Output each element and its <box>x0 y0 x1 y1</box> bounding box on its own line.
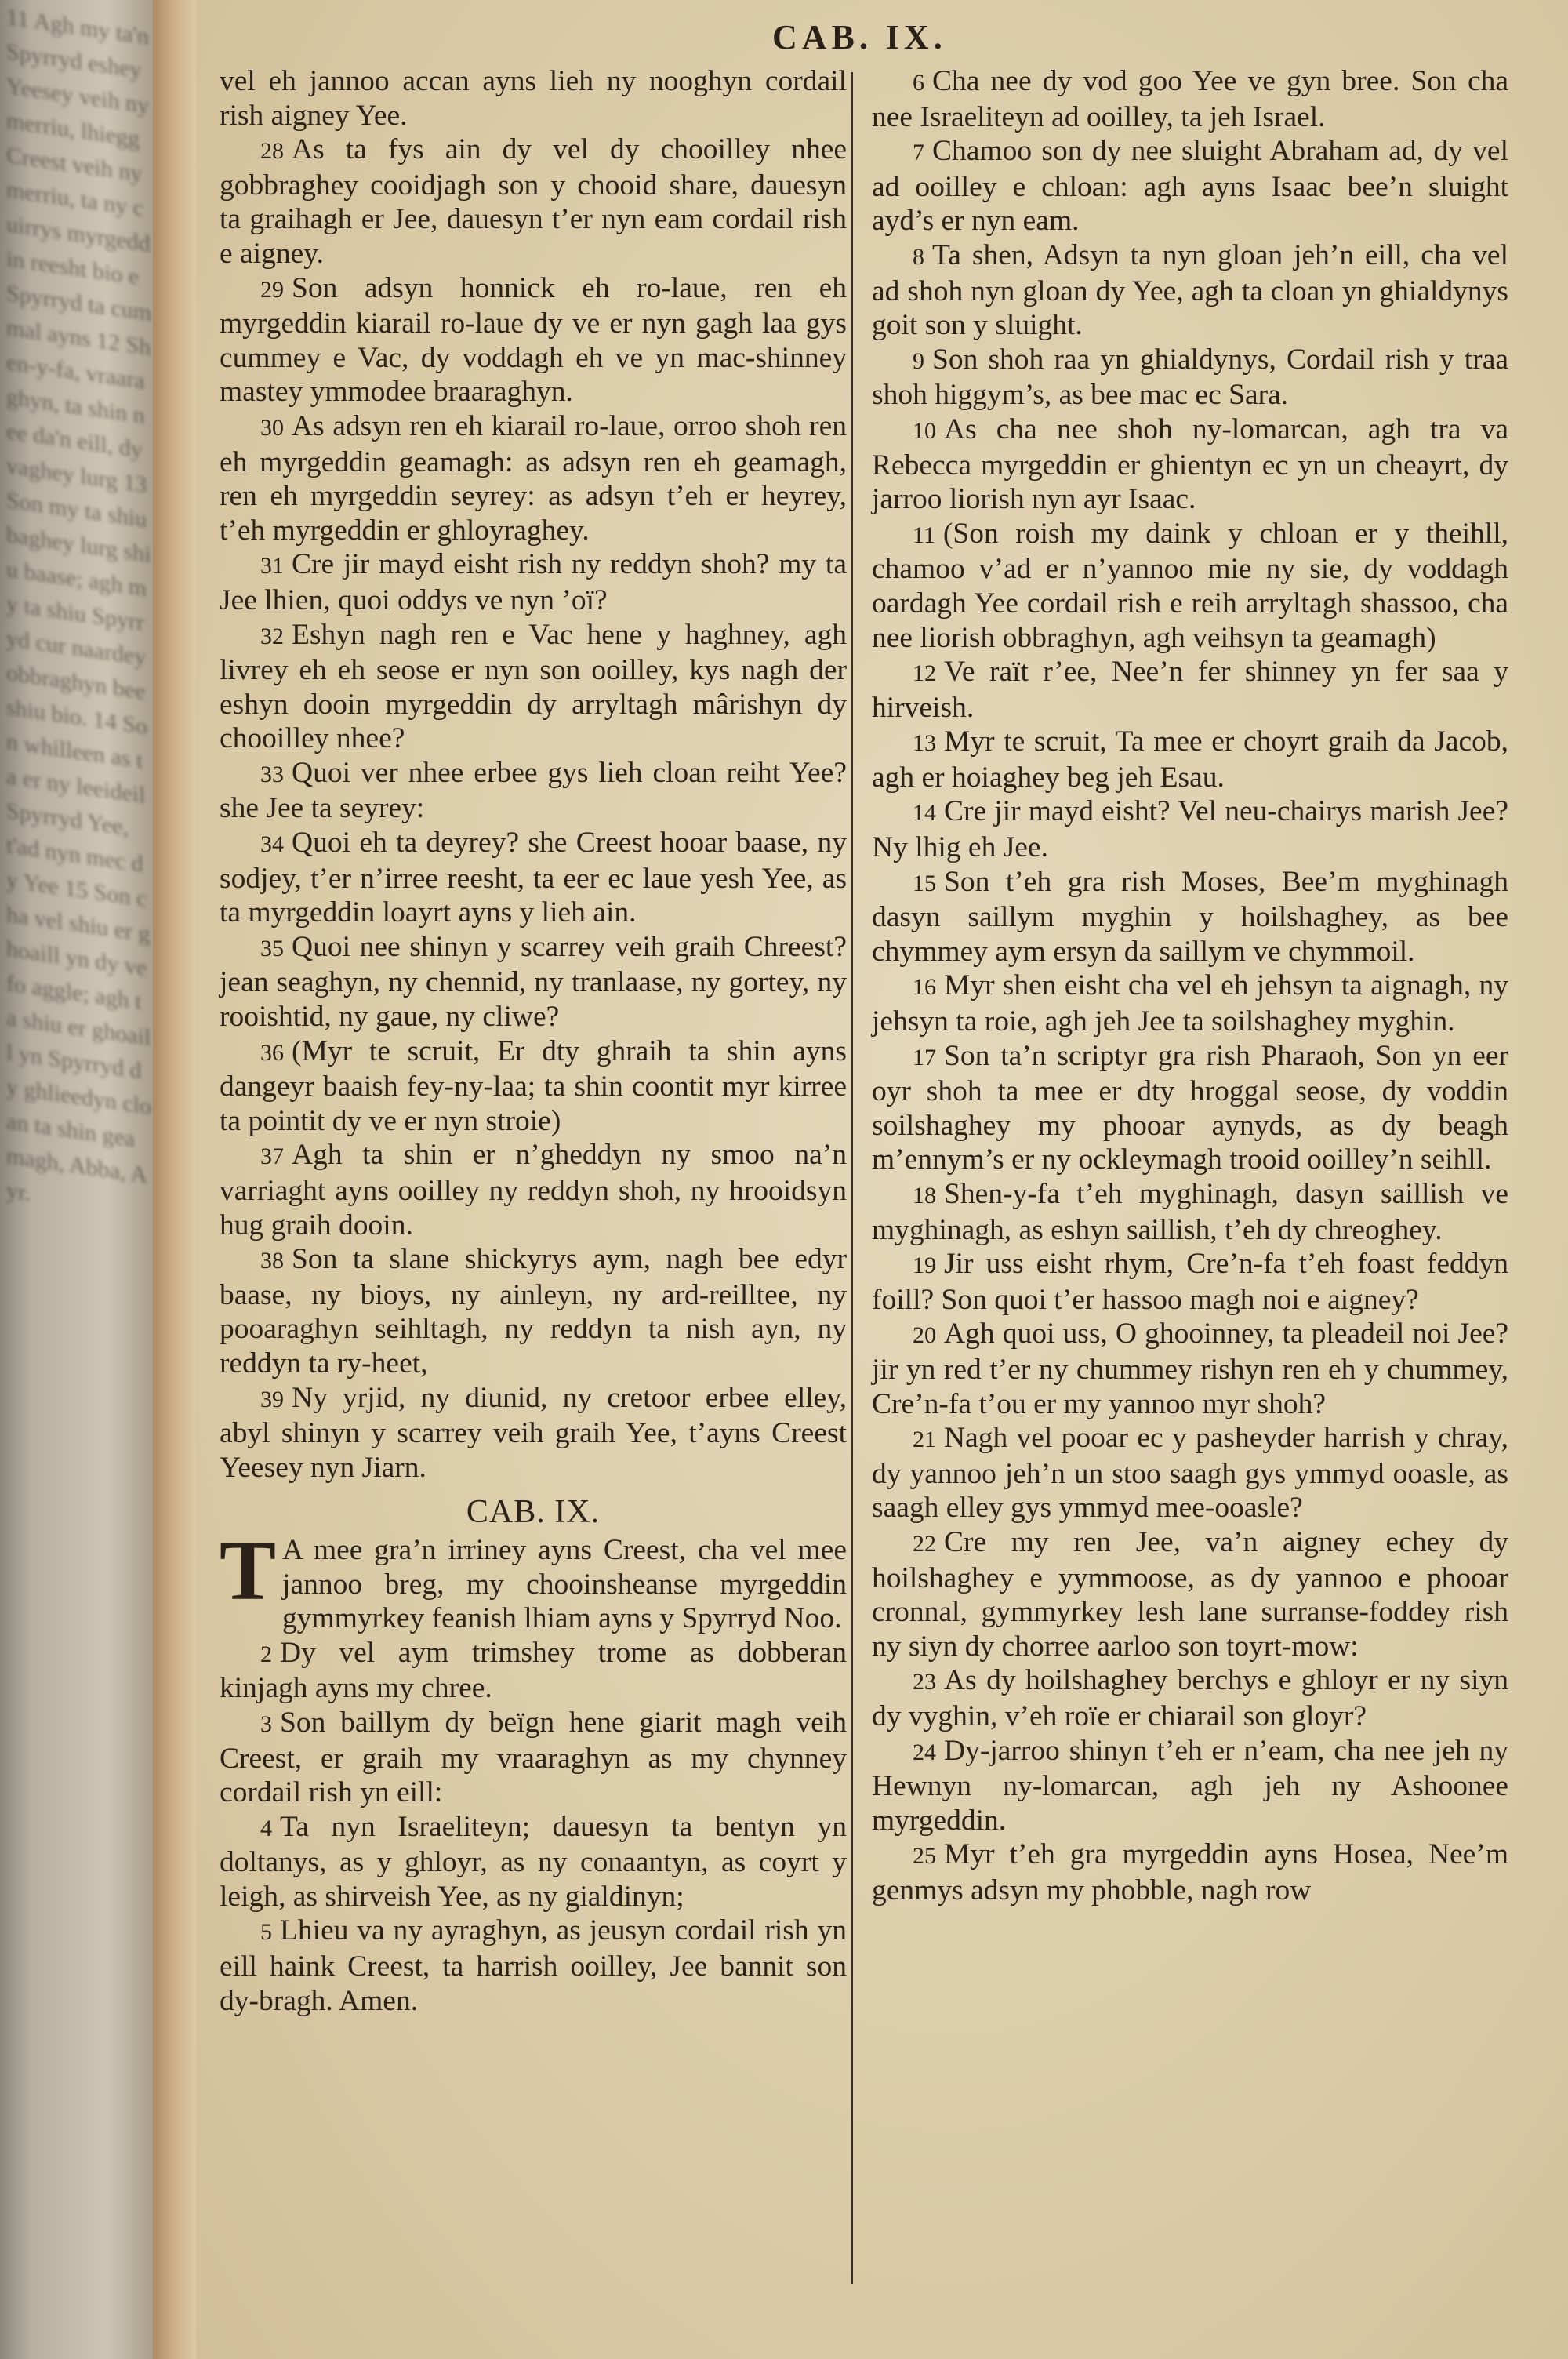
verse-15: 15Son t’eh gra rish Moses, Bee’m myghina… <box>872 865 1508 969</box>
verse-14: 14Cre jir mayd eisht? Vel neu-chairys ma… <box>872 794 1508 864</box>
verse-text: As dy hoilshaghey berchys e ghloyr er ny… <box>872 1664 1508 1732</box>
verse-text: Son adsyn honnick eh ro-laue, ren eh myr… <box>220 272 847 409</box>
verse-number: 29 <box>260 277 284 303</box>
verse-number: 39 <box>260 1387 284 1412</box>
verse-number: 15 <box>913 871 936 896</box>
verse-25: 25Myr t’eh gra myrgeddin ayns Hosea, Nee… <box>872 1837 1508 1907</box>
verse-text: Ve raït r’ee, Nee’n fer shinney yn fer s… <box>872 656 1508 724</box>
verse-text: Agh quoi uss, O ghooinney, ta pleadeil n… <box>872 1318 1508 1419</box>
verse-number: 35 <box>260 936 284 961</box>
verse-number: 18 <box>913 1183 936 1209</box>
verse-18: 18Shen-y-fa t’eh myghinagh, dasyn sailli… <box>872 1177 1508 1247</box>
verse-33: 33Quoi ver nhee erbee gys lieh cloan rei… <box>220 756 847 826</box>
verse-36: 36(Myr te scruit, Er dty ghraih ta shin … <box>220 1034 847 1139</box>
verse-20: 20Agh quoi uss, O ghooinney, ta pleadeil… <box>872 1317 1508 1421</box>
verse-list-right: 6Cha nee dy vod goo Yee ve gyn bree. Son… <box>872 64 1508 1907</box>
verse-number: 6 <box>913 70 924 96</box>
verse-text: Lhieu va ny ayraghyn, as jeusyn cordail … <box>220 1914 847 2016</box>
verse-text: Nagh vel pooar ec y pasheyder harrish y … <box>872 1422 1508 1524</box>
verse-19: 19Jir uss eisht rhym, Cre’n-fa t’eh foas… <box>872 1247 1508 1317</box>
verse-text: Shen-y-fa t’eh myghinagh, dasyn saillish… <box>872 1178 1508 1246</box>
verse-5: 5Lhieu va ny ayraghyn, as jeusyn cordail… <box>220 1914 847 2018</box>
verse-number: 32 <box>260 623 284 649</box>
verse-text: Cre jir mayd eisht rish ny reddyn shoh? … <box>220 548 847 616</box>
verse-number: 38 <box>260 1248 284 1274</box>
verse-text: Ta shen, Adsyn ta nyn gloan jeh’n eill, … <box>872 239 1508 341</box>
verse-number: 9 <box>913 348 924 374</box>
verse-text: Son ta slane shickyrys aym, nagh bee edy… <box>220 1243 847 1379</box>
verse-24: 24Dy-jarroo shinyn t’eh er n’eam, cha ne… <box>872 1734 1508 1838</box>
verse-text: Dy-jarroo shinyn t’eh er n’eam, cha nee … <box>872 1735 1508 1837</box>
verse-number: 8 <box>913 244 924 270</box>
verse-number: 13 <box>913 730 936 756</box>
left-column: vel eh jannoo accan ayns lieh ny nooghyn… <box>220 64 847 2018</box>
verse-text: Quoi ver nhee erbee gys lieh cloan reiht… <box>220 757 847 825</box>
verse-30: 30As adsyn ren eh kiarail ro-laue, orroo… <box>220 409 847 547</box>
verse-37: 37Agh ta shin er n’gheddyn ny smoo na’n … <box>220 1138 847 1242</box>
verse-number: 20 <box>913 1322 936 1348</box>
verse-31: 31Cre jir mayd eisht rish ny reddyn shoh… <box>220 547 847 617</box>
verse-text: Son shoh raa yn ghialdynys, Cordail rish… <box>872 343 1508 412</box>
verse-text: Jir uss eisht rhym, Cre’n-fa t’eh foast … <box>872 1248 1508 1316</box>
verse-text: (Myr te scruit, Er dty ghraih ta shin ay… <box>220 1035 847 1137</box>
verse-text: As ta fys ain dy vel dy chooilley nhee g… <box>220 133 847 270</box>
verse-text: Chamoo son dy nee sluight Abraham ad, dy… <box>872 135 1508 237</box>
verse-number: 7 <box>913 140 924 165</box>
verse-number: 34 <box>260 831 284 857</box>
verse-9: 9Son shoh raa yn ghialdynys, Cordail ris… <box>872 343 1508 413</box>
verse-number: 21 <box>913 1427 936 1452</box>
verse-number: 28 <box>260 138 284 164</box>
verse-number: 22 <box>913 1531 936 1557</box>
verse-6: 6Cha nee dy vod goo Yee ve gyn bree. Son… <box>872 64 1508 134</box>
verse-12: 12Ve raït r’ee, Nee’n fer shinney yn fer… <box>872 655 1508 725</box>
verse-number: 37 <box>260 1143 284 1169</box>
verse-text: Son baillym dy beïgn hene giarit magh ve… <box>220 1707 847 1808</box>
verse-number: 25 <box>913 1843 936 1869</box>
verse-number: 24 <box>913 1739 936 1765</box>
verse-21: 21Nagh vel pooar ec y pasheyder harrish … <box>872 1421 1508 1525</box>
verse-number: 5 <box>260 1919 272 1945</box>
verse-number: 19 <box>913 1252 936 1278</box>
book-page: CAB. IX. vel eh jannoo accan ayns lieh n… <box>196 0 1568 2359</box>
verse-text: Quoi eh ta deyrey? she Creest hooar baas… <box>220 827 847 929</box>
verse-text: Ta nyn Israeliteyn; dauesyn ta bentyn yn… <box>220 1811 847 1913</box>
running-head: CAB. IX. <box>772 17 947 57</box>
verse-number: 16 <box>913 974 936 1000</box>
verse-17: 17Son ta’n scriptyr gra rish Pharaoh, So… <box>872 1039 1508 1177</box>
verse-text: Son ta’n scriptyr gra rish Pharaoh, Son … <box>872 1040 1508 1176</box>
verse-text: Dy vel aym trimshey trome as dobberan ki… <box>220 1637 847 1705</box>
verse-number: 23 <box>913 1669 936 1695</box>
verse-4: 4Ta nyn Israeliteyn; dauesyn ta bentyn y… <box>220 1810 847 1914</box>
verse-number: 12 <box>913 660 936 686</box>
verse-22: 22Cre my ren Jee, va’n aigney echey dy h… <box>872 1525 1508 1663</box>
verse-11: 11(Son roish my daink y chloan er y thei… <box>872 517 1508 655</box>
verse-7: 7Chamoo son dy nee sluight Abraham ad, d… <box>872 134 1508 238</box>
verse-23: 23As dy hoilshaghey berchys e ghloyr er … <box>872 1663 1508 1733</box>
facing-page-ghost-text: 11 Agh my ta'n Spyrryd eshey Yeesey veih… <box>6 0 151 1228</box>
right-column: 6Cha nee dy vod goo Yee ve gyn bree. Son… <box>872 64 1508 1907</box>
verse-list-chapter-8: 28As ta fys ain dy vel dy chooilley nhee… <box>220 133 847 1485</box>
verse-number: 30 <box>260 415 284 441</box>
column-divider <box>851 72 853 2284</box>
verse-continuation: vel eh jannoo accan ayns lieh ny nooghyn… <box>220 64 847 133</box>
verse-2: 2Dy vel aym trimshey trome as dobberan k… <box>220 1636 847 1706</box>
verse-number: 36 <box>260 1040 284 1066</box>
verse-text: (Son roish my daink y chloan er y theihl… <box>872 518 1508 654</box>
verse-text: Cha nee dy vod goo Yee ve gyn bree. Son … <box>872 65 1508 133</box>
verse-number: 3 <box>260 1711 272 1737</box>
verse-text: Agh ta shin er n’gheddyn ny smoo na’n va… <box>220 1139 847 1241</box>
chapter-title: CAB. IX. <box>220 1496 847 1530</box>
drop-cap: T <box>220 1538 276 1605</box>
verse-text: Son t’eh gra rish Moses, Bee’m myghinagh… <box>872 866 1508 968</box>
verse-8: 8Ta shen, Adsyn ta nyn gloan jeh’n eill,… <box>872 238 1508 343</box>
verse-number: 11 <box>913 522 935 548</box>
verse-text: Quoi nee shinyn y scarrey veih graih Chr… <box>220 931 847 1033</box>
verse-29: 29Son adsyn honnick eh ro-laue, ren eh m… <box>220 271 847 409</box>
verse-text: Cre jir mayd eisht? Vel neu-chairys mari… <box>872 795 1508 863</box>
verse-number: 33 <box>260 761 284 787</box>
verse-34: 34Quoi eh ta deyrey? she Creest hooar ba… <box>220 826 847 930</box>
verse-text: A mee gra’n irriney ayns Creest, cha vel… <box>282 1534 847 1634</box>
verse-39: 39Ny yrjid, ny diunid, ny cretoor erbee … <box>220 1381 847 1485</box>
verse-number: 2 <box>260 1641 272 1667</box>
verse-13: 13Myr te scruit, Ta mee er choyrt graih … <box>872 725 1508 794</box>
verse-text: Eshyn nagh ren e Vac hene y haghney, agh… <box>220 619 847 755</box>
book-gutter <box>153 0 196 2359</box>
facing-page-edge: 11 Agh my ta'n Spyrryd eshey Yeesey veih… <box>0 0 153 2359</box>
verse-number: 14 <box>913 800 936 826</box>
verse-text: As adsyn ren eh kiarail ro-laue, orroo s… <box>220 410 847 547</box>
verse-number: 17 <box>913 1045 936 1070</box>
verse-list-chapter-9: 2Dy vel aym trimshey trome as dobberan k… <box>220 1636 847 2019</box>
verse-16: 16Myr shen eisht cha vel eh jehsyn ta ai… <box>872 969 1508 1038</box>
verse-1: TA mee gra’n irriney ayns Creest, cha ve… <box>220 1533 847 1636</box>
verse-38: 38Son ta slane shickyrys aym, nagh bee e… <box>220 1242 847 1380</box>
verse-text: Ny yrjid, ny diunid, ny cretoor erbee el… <box>220 1382 847 1484</box>
verse-10: 10As cha nee shoh ny-lomarcan, agh tra v… <box>872 413 1508 517</box>
verse-35: 35Quoi nee shinyn y scarrey veih graih C… <box>220 930 847 1034</box>
verse-28: 28As ta fys ain dy vel dy chooilley nhee… <box>220 133 847 271</box>
verse-number: 31 <box>260 553 284 579</box>
verse-number: 4 <box>260 1816 272 1841</box>
verse-text: Myr shen eisht cha vel eh jehsyn ta aign… <box>872 969 1508 1038</box>
verse-text: Myr t’eh gra myrgeddin ayns Hosea, Nee’m… <box>872 1838 1508 1906</box>
verse-text: As cha nee shoh ny-lomarcan, agh tra va … <box>872 413 1508 515</box>
verse-number: 10 <box>913 418 936 444</box>
verse-32: 32Eshyn nagh ren e Vac hene y haghney, a… <box>220 618 847 756</box>
verse-text: Cre my ren Jee, va’n aigney echey dy hoi… <box>872 1526 1508 1663</box>
verse-text: Myr te scruit, Ta mee er choyrt graih da… <box>872 725 1508 794</box>
verse-3: 3Son baillym dy beïgn hene giarit magh v… <box>220 1706 847 1810</box>
